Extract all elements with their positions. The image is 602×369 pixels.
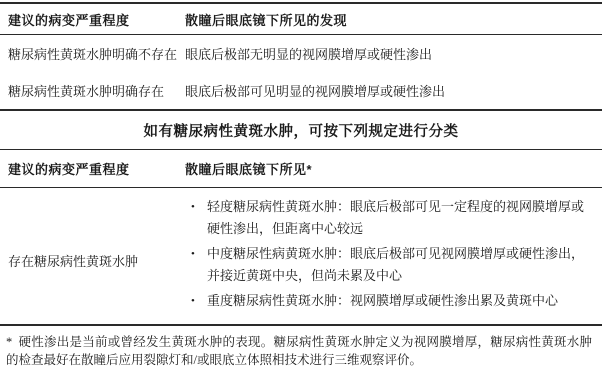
table-row: 存在糖尿病性黄斑水肿 • 轻度糖尿病性黄斑水肿：眼底后极部可见一定程度的视网膜增… bbox=[0, 188, 602, 324]
document-page: 建议的病变严重程度 散瞳后眼底镜下所见的发现 糖尿病性黄斑水肿明确不存在 眼底后… bbox=[0, 0, 602, 369]
table2-row-label: 存在糖尿病性黄斑水肿 bbox=[0, 251, 185, 270]
section-title: 如有糖尿病性黄斑水肿，可按下列规定进行分类 bbox=[144, 120, 459, 141]
table1-header-findings: 散瞳后眼底镜下所见的发现 bbox=[185, 10, 602, 29]
footnote: *硬性渗出是当前或曾经发生黄斑水肿的表现。糖尿病性黄斑水肿定义为视网膜增厚，糖尿… bbox=[0, 326, 602, 369]
table1-row1-findings: 眼底后极部无明显的视网膜增厚或硬性渗出 bbox=[185, 44, 602, 63]
table1-header-row: 建议的病变严重程度 散瞳后眼底镜下所见的发现 bbox=[0, 4, 602, 34]
table1-header-severity: 建议的病变严重程度 bbox=[0, 10, 185, 29]
bullet-icon: • bbox=[191, 196, 207, 240]
table1-row2-findings: 眼底后极部可见明显的视网膜增厚或硬性渗出 bbox=[185, 81, 602, 100]
asterisk-icon: * bbox=[6, 335, 18, 349]
bullet-mild-dme: 轻度糖尿病性黄斑水肿：眼底后极部可见一定程度的视网膜增厚或硬性渗出，但距离中心较… bbox=[207, 196, 588, 240]
table2-header-row: 建议的病变严重程度 散瞳后眼底镜下所见* bbox=[0, 150, 602, 187]
table1-row1-severity: 糖尿病性黄斑水肿明确不存在 bbox=[0, 44, 185, 63]
bullet-moderate-dme: 中度糖尿性病黄斑水肿：眼底后极部可见视网膜增厚或硬性渗出，并接近黄斑中央，但尚未… bbox=[207, 243, 588, 287]
bullet-severe-dme: 重度糖尿病性黄斑水肿：视网膜增厚或硬性渗出累及黄斑中心 bbox=[207, 290, 588, 312]
table2-header-findings: 散瞳后眼底镜下所见* bbox=[185, 159, 602, 178]
table2-header-severity: 建议的病变严重程度 bbox=[0, 159, 185, 178]
table-row: 糖尿病性黄斑水肿明确存在 眼底后极部可见明显的视网膜增厚或硬性渗出 bbox=[0, 72, 602, 109]
bullet-icon: • bbox=[191, 290, 207, 312]
list-item: • 轻度糖尿病性黄斑水肿：眼底后极部可见一定程度的视网膜增厚或硬性渗出，但距离中… bbox=[191, 196, 588, 240]
list-item: • 重度糖尿病性黄斑水肿：视网膜增厚或硬性渗出累及黄斑中心 bbox=[191, 290, 588, 312]
findings-bullet-list: • 轻度糖尿病性黄斑水肿：眼底后极部可见一定程度的视网膜增厚或硬性渗出，但距离中… bbox=[185, 196, 602, 324]
list-item: • 中度糖尿性病黄斑水肿：眼底后极部可见视网膜增厚或硬性渗出，并接近黄斑中央，但… bbox=[191, 243, 588, 287]
bullet-icon: • bbox=[191, 243, 207, 287]
section-title-band: 如有糖尿病性黄斑水肿，可按下列规定进行分类 bbox=[0, 111, 602, 149]
table1-row2-severity: 糖尿病性黄斑水肿明确存在 bbox=[0, 81, 185, 100]
table-row: 糖尿病性黄斑水肿明确不存在 眼底后极部无明显的视网膜增厚或硬性渗出 bbox=[0, 35, 602, 72]
footnote-text: 硬性渗出是当前或曾经发生黄斑水肿的表现。糖尿病性黄斑水肿定义为视网膜增厚，糖尿病… bbox=[6, 335, 592, 367]
